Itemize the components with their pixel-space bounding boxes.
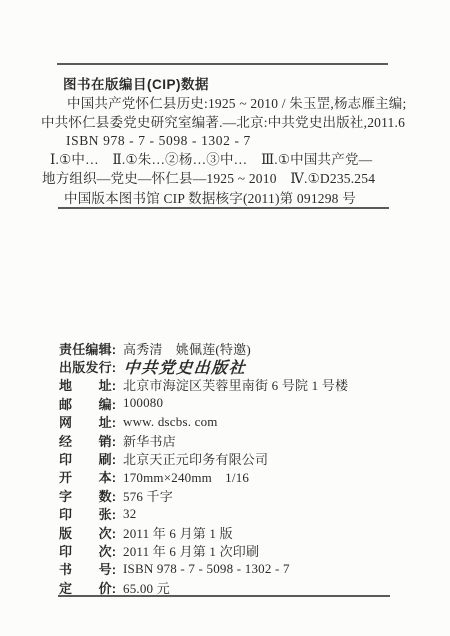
row-label: 网 址: [59,412,123,431]
row-value: 北京市海淀区芙蓉里南街 6 号院 1 号楼 [123,375,348,394]
cip-title-line2: 中共怀仁县委党史研究室编著.—北京:中共党史出版社,2011.6 [41,115,405,131]
divider-middle [58,207,389,209]
row-value: 100080 [123,395,163,411]
row-label: 定 价: [59,578,123,597]
row-label: 出版发行: [59,357,123,376]
row-distributor: 经 销:新华书店 [59,431,409,449]
row-label: 印 次: [59,541,123,560]
row-label: 印 刷: [59,449,123,468]
row-label: 版 次: [59,523,123,542]
row-printer: 印 刷:北京天正元印务有限公司 [59,449,409,467]
row-value: ISBN 978 - 7 - 5098 - 1302 - 7 [123,561,290,577]
row-label: 邮 编: [59,394,123,413]
row-postcode: 邮 编:100080 [59,394,409,412]
row-address: 地 址:北京市海淀区芙蓉里南街 6 号院 1 号楼 [59,376,409,394]
row-label: 地 址: [59,375,123,394]
row-book-number: 书 号:ISBN 978 - 7 - 5098 - 1302 - 7 [59,560,409,578]
row-price: 定 价:65.00 元 [59,578,409,596]
colophon-section: 责任编辑:高秀清 姚佩莲(特邀) 出版发行:中共党史出版社 地 址:北京市海淀区… [59,339,409,596]
divider-top [57,63,388,65]
row-edition: 版 次:2011 年 6 月第 1 版 [59,523,409,541]
cip-record-number-line: 中国版本图书馆 CIP 数据核字(2011)第 091298 号 [64,191,356,207]
row-printing: 印 次:2011 年 6 月第 1 次印刷 [59,541,409,559]
row-value: www. dscbs. com [123,414,218,430]
row-label: 印 张: [59,504,123,523]
cip-isbn-line: ISBN 978 - 7 - 5098 - 1302 - 7 [66,133,251,149]
row-value: 32 [123,506,136,522]
row-value: 新华书店 [123,431,176,450]
row-format: 开 本:170mm×240mm 1/16 [59,468,409,486]
divider-bottom [58,595,390,597]
row-value: 170mm×240mm 1/16 [123,467,249,486]
publisher-logotype: 中共党史出版社 [123,355,247,378]
cip-classification-line1: Ⅰ.①中… Ⅱ.①朱…②杨…③中… Ⅲ.①中国共产党— [50,152,372,168]
row-publisher: 出版发行:中共党史出版社 [59,357,409,375]
row-label: 字 数: [59,486,123,505]
row-sheet-count: 印 张:32 [59,505,409,523]
row-label: 责任编辑: [59,339,123,358]
row-value: 北京天正元印务有限公司 [123,449,268,468]
row-label: 书 号: [59,559,123,578]
row-value: 2011 年 6 月第 1 次印刷 [123,541,259,560]
row-word-count: 字 数:576 千字 [59,486,409,504]
cip-classification-line2: 地方组织—党史—怀仁县—1925 ~ 2010 Ⅳ.①D235.254 [42,171,375,187]
copyright-page: 图书在版编目(CIP)数据 中国共产党怀仁县历史:1925 ~ 2010 / 朱… [0,0,450,636]
row-label: 经 销: [59,431,123,450]
row-website: 网 址:www. dscbs. com [59,413,409,431]
row-value: 576 千字 [123,486,173,505]
row-label: 开 本: [59,467,123,486]
row-value: 2011 年 6 月第 1 版 [123,523,233,542]
cip-title-line1: 中国共产党怀仁县历史:1925 ~ 2010 / 朱玉罡,杨志雁主编; [67,96,406,112]
row-value: 65.00 元 [123,578,170,597]
cip-heading: 图书在版编目(CIP)数据 [63,77,209,93]
